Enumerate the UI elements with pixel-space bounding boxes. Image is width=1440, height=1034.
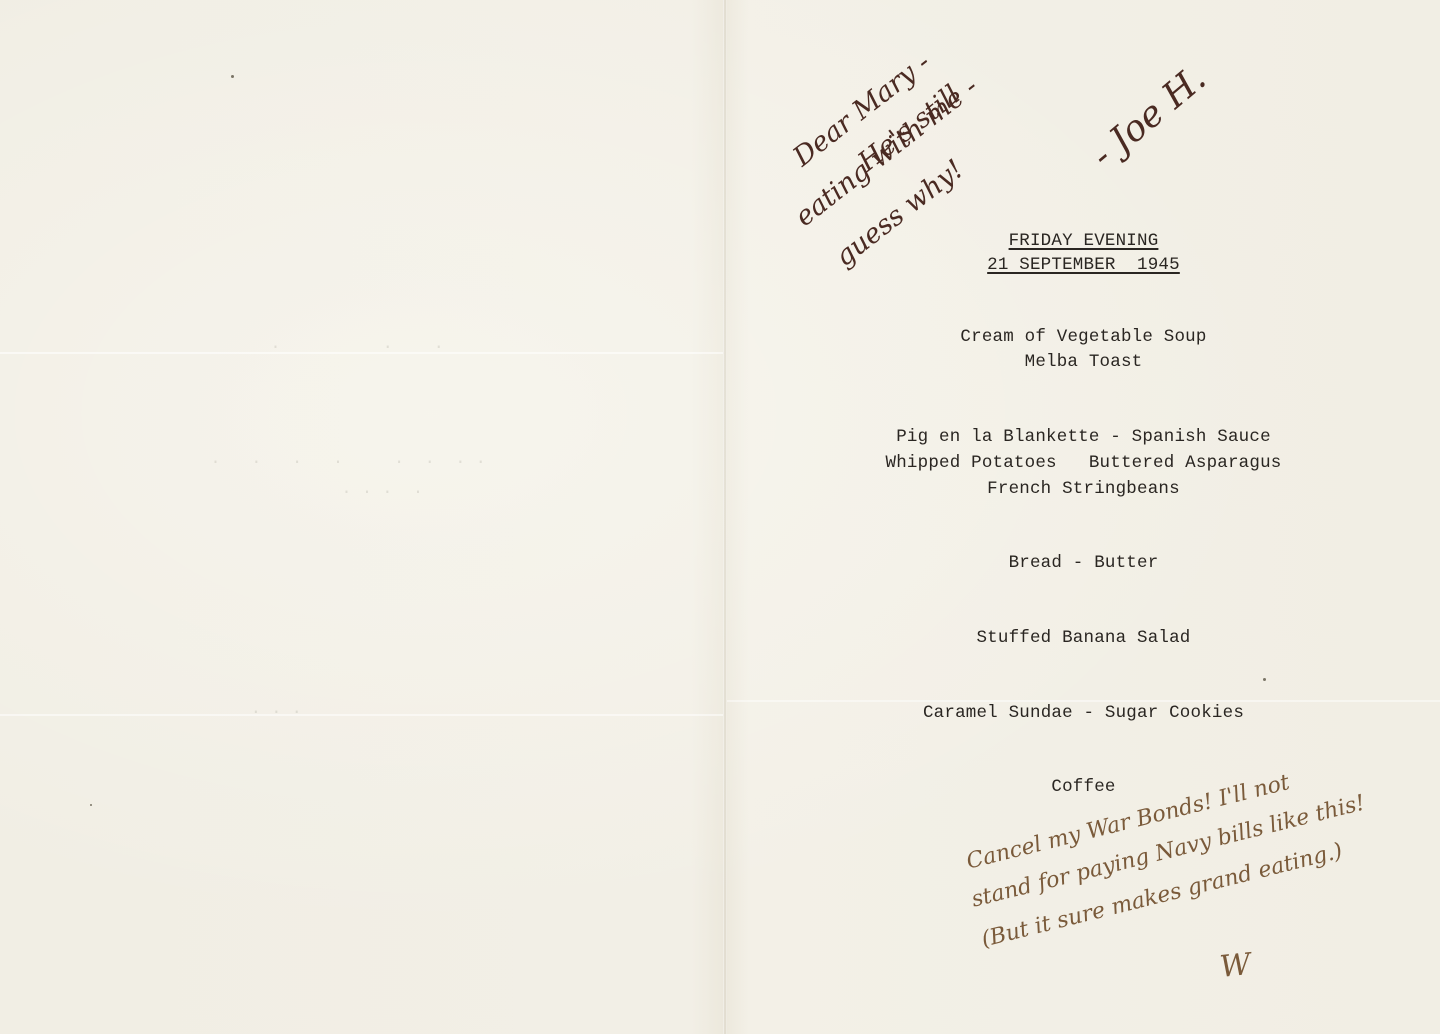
ink-speck xyxy=(90,804,92,806)
bleed-through-text: . . . xyxy=(210,700,302,719)
menu-spread: . . . . . . . . . . . . . . . . . . Dear… xyxy=(0,0,1440,1034)
menu-item: Coffee xyxy=(727,774,1440,800)
menu-item: Bread - Butter xyxy=(727,550,1440,576)
menu-item: Caramel Sundae - Sugar Cookies xyxy=(727,700,1440,726)
bleed-through-text: . . . . . . . . xyxy=(190,450,486,469)
bleed-through-text: . . . . xyxy=(270,480,423,499)
menu-item: Melba Toast xyxy=(727,349,1440,375)
handwritten-signature: W xyxy=(1218,947,1252,985)
menu-date: 21 SEPTEMBER 1945 xyxy=(727,252,1440,278)
menu-item: French Stringbeans xyxy=(727,476,1440,502)
bleed-through-text: . . . xyxy=(250,335,444,354)
ink-speck xyxy=(1263,678,1266,681)
left-page: . . . . . . . . . . . . . . . . . . xyxy=(0,0,723,1034)
handwritten-signature: - Joe H. xyxy=(1084,58,1214,176)
menu-day: FRIDAY EVENING xyxy=(727,228,1440,254)
menu-item: Stuffed Banana Salad xyxy=(727,625,1440,651)
right-page: Dear Mary - He's still eating with me - … xyxy=(727,0,1440,1034)
menu-item: Pig en la Blankette - Spanish Sauce xyxy=(727,424,1440,450)
ink-speck xyxy=(231,75,234,78)
menu-item: Whipped Potatoes Buttered Asparagus xyxy=(727,450,1440,476)
menu-item: Cream of Vegetable Soup xyxy=(727,324,1440,350)
